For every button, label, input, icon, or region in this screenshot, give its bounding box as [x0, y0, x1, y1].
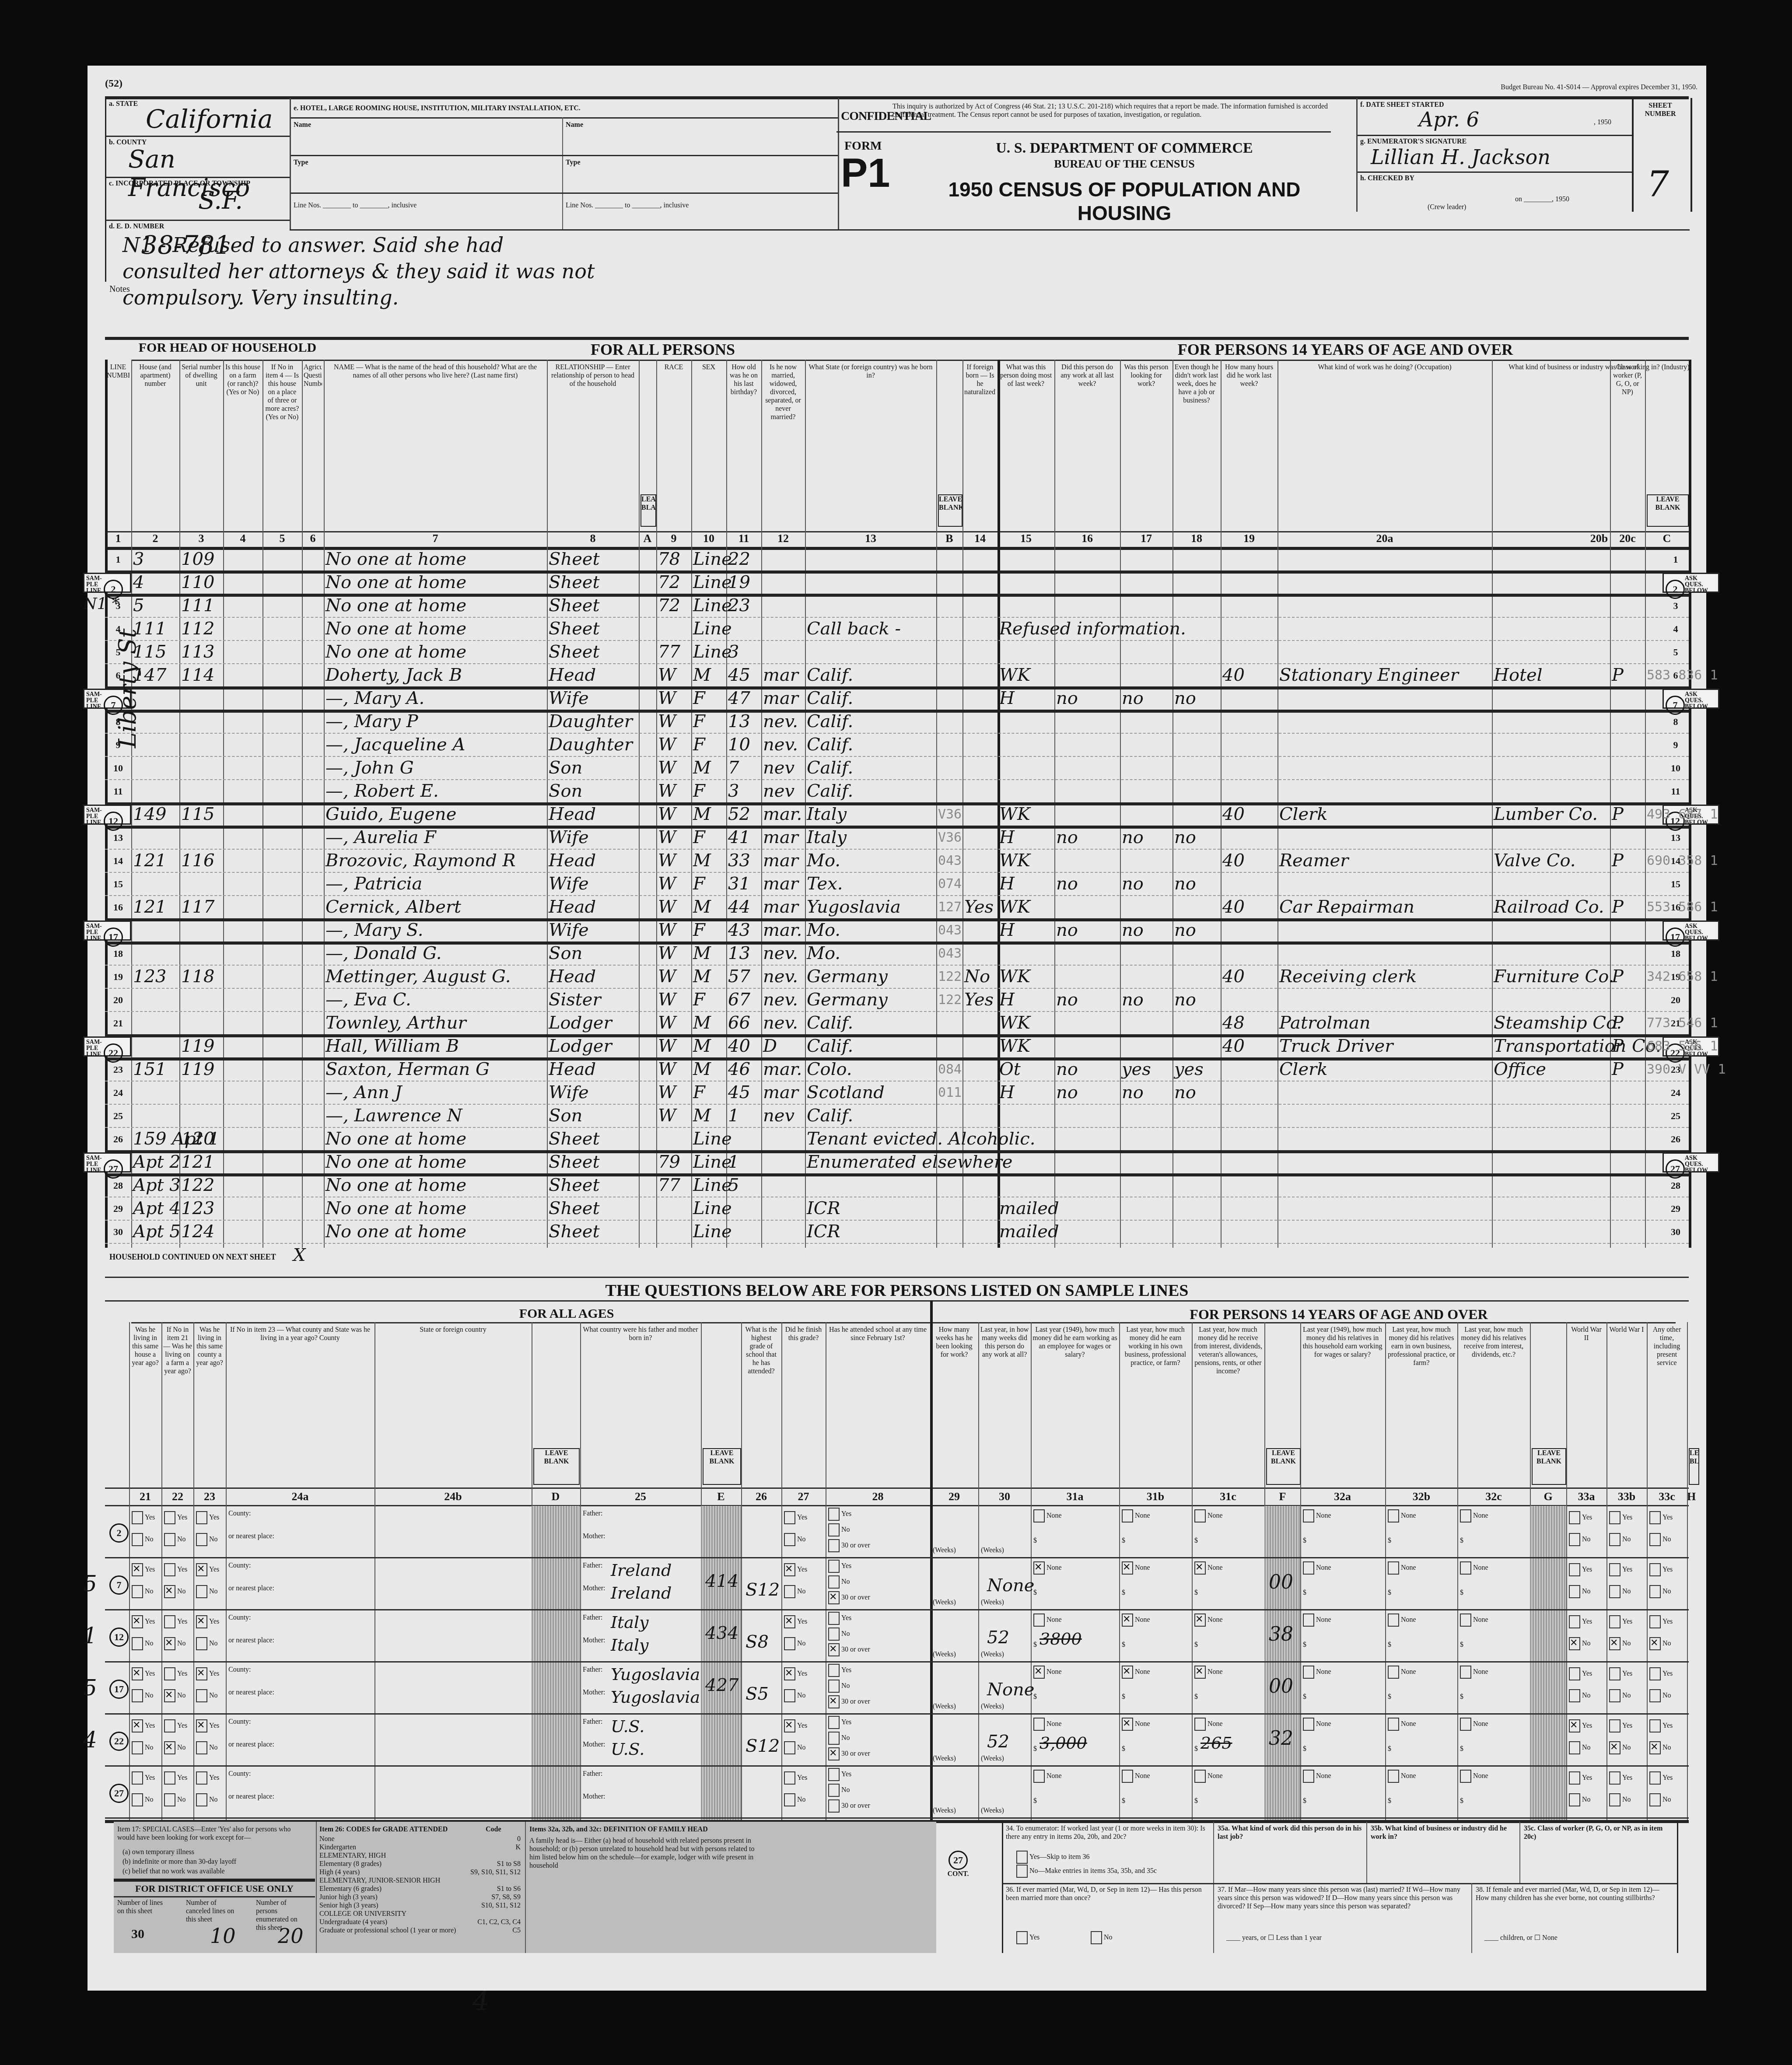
checkbox-c33b-no[interactable]: No: [1609, 1793, 1631, 1806]
checkbox[interactable]: [1303, 1613, 1314, 1627]
checkbox-c31b-none[interactable]: None: [1122, 1770, 1150, 1783]
checkbox[interactable]: [196, 1511, 207, 1524]
checkbox-c33b-yes[interactable]: Yes: [1609, 1563, 1632, 1576]
checkbox[interactable]: [196, 1771, 207, 1785]
checkbox-c23-no[interactable]: No: [196, 1741, 218, 1754]
dollar-sign: $: [1303, 1536, 1306, 1545]
checkbox[interactable]: [1303, 1509, 1314, 1522]
checkbox[interactable]: [1388, 1770, 1399, 1783]
checkbox[interactable]: [828, 1732, 840, 1745]
checkbox-school-thirty[interactable]: 30 or over: [828, 1539, 870, 1552]
checkbox[interactable]: [132, 1533, 143, 1546]
checkbox[interactable]: [828, 1784, 840, 1797]
checkbox-c22-no[interactable]: ✕No: [164, 1741, 186, 1754]
checkbox-finished-no[interactable]: No: [784, 1689, 806, 1702]
income-c31a: 3,000: [1039, 1733, 1087, 1753]
checkbox-c31a-none[interactable]: None: [1033, 1718, 1062, 1731]
checkbox-c31c-none[interactable]: ✕None: [1194, 1666, 1223, 1679]
checkbox[interactable]: ✕: [784, 1719, 795, 1732]
checkbox-relatives-income-none[interactable]: None: [1303, 1509, 1331, 1522]
checkbox[interactable]: ✕: [1649, 1741, 1661, 1754]
checkbox[interactable]: ✕: [1569, 1719, 1580, 1732]
checkbox[interactable]: [1649, 1563, 1661, 1576]
checkbox[interactable]: [164, 1511, 175, 1524]
checkbox[interactable]: ✕: [1569, 1637, 1580, 1650]
checkbox[interactable]: ✕: [196, 1563, 207, 1576]
checkbox[interactable]: [1569, 1615, 1580, 1628]
checkbox[interactable]: ✕: [196, 1615, 207, 1628]
checkbox-c33a-yes[interactable]: Yes: [1569, 1511, 1592, 1524]
q36-no-option[interactable]: No: [1091, 1931, 1113, 1944]
checkbox[interactable]: [132, 1585, 143, 1598]
checkbox-c23-yes[interactable]: ✕Yes: [196, 1615, 219, 1628]
checkbox[interactable]: [1303, 1561, 1314, 1575]
checkbox[interactable]: ✕: [1033, 1666, 1045, 1679]
checkbox-c21-no[interactable]: No: [132, 1689, 154, 1702]
checkbox-c31b-none[interactable]: ✕None: [1122, 1561, 1150, 1575]
checkbox[interactable]: [132, 1793, 143, 1806]
checkbox[interactable]: [828, 1523, 840, 1536]
checkbox-finished-yes[interactable]: ✕Yes: [784, 1667, 807, 1680]
checkbox[interactable]: [164, 1771, 175, 1785]
margin-count: 1: [83, 1623, 97, 1648]
checkbox[interactable]: ✕: [132, 1719, 143, 1732]
checkbox-c31a-none[interactable]: None: [1033, 1770, 1062, 1783]
checkbox-c22-yes[interactable]: Yes: [164, 1563, 187, 1576]
checkbox[interactable]: [1609, 1533, 1620, 1546]
checkbox[interactable]: [1388, 1509, 1399, 1522]
checkbox-c23-no[interactable]: No: [196, 1637, 218, 1650]
checkbox[interactable]: [828, 1508, 840, 1521]
cell-c18: [1174, 1151, 1222, 1174]
checkbox-c33a-yes[interactable]: Yes: [1569, 1615, 1592, 1628]
checkbox[interactable]: ✕: [132, 1667, 143, 1680]
checkbox-school-no[interactable]: No: [828, 1680, 850, 1693]
checkbox-school-yes[interactable]: Yes: [828, 1560, 851, 1573]
checkbox[interactable]: [1569, 1585, 1580, 1598]
checkbox-finished-no[interactable]: No: [784, 1585, 806, 1598]
checkbox[interactable]: [1033, 1718, 1045, 1731]
checkbox-c31c-none[interactable]: None: [1194, 1509, 1223, 1522]
checkbox-school-no[interactable]: No: [828, 1784, 850, 1797]
checkbox[interactable]: [1609, 1689, 1620, 1702]
checkbox-c33b-no[interactable]: No: [1609, 1689, 1631, 1702]
checkbox[interactable]: [784, 1793, 795, 1806]
checkbox-c33c-yes[interactable]: Yes: [1649, 1615, 1673, 1628]
checkbox[interactable]: [1649, 1771, 1661, 1785]
checkbox[interactable]: ✕: [1194, 1666, 1206, 1679]
checkbox-finished-yes[interactable]: ✕Yes: [784, 1563, 807, 1576]
checkbox[interactable]: ✕: [132, 1563, 143, 1576]
checkbox[interactable]: [196, 1585, 207, 1598]
checkbox[interactable]: [1569, 1689, 1580, 1702]
checkbox[interactable]: ✕: [1122, 1718, 1133, 1731]
column-number-12: 12: [761, 532, 805, 545]
checkbox-c21-yes[interactable]: ✕Yes: [132, 1667, 155, 1680]
checkbox-c33b-yes[interactable]: Yes: [1609, 1615, 1632, 1628]
checkbox-c33c-yes[interactable]: Yes: [1649, 1563, 1673, 1576]
checkbox-c21-yes[interactable]: ✕Yes: [132, 1563, 155, 1576]
checkbox[interactable]: ✕: [1609, 1637, 1620, 1650]
checkbox[interactable]: [1303, 1666, 1314, 1679]
checkbox[interactable]: [1609, 1667, 1620, 1680]
checkbox-c22-yes[interactable]: Yes: [164, 1615, 187, 1628]
checkbox-c31a-none[interactable]: None: [1033, 1509, 1062, 1522]
checkbox-c33b-no[interactable]: ✕No: [1609, 1637, 1631, 1650]
checkbox-relatives-income-none[interactable]: None: [1388, 1509, 1416, 1522]
checkbox-c31b-none[interactable]: ✕None: [1122, 1718, 1150, 1731]
checkbox-relatives-income-none[interactable]: None: [1460, 1509, 1488, 1522]
checkbox[interactable]: ✕: [1649, 1637, 1661, 1650]
checkbox[interactable]: [784, 1533, 795, 1546]
checkbox[interactable]: [1569, 1533, 1580, 1546]
checkbox-relatives-income-none[interactable]: None: [1303, 1770, 1331, 1783]
checkbox[interactable]: [1460, 1561, 1471, 1575]
checkbox[interactable]: [828, 1560, 840, 1573]
checkbox-c21-no[interactable]: No: [132, 1637, 154, 1650]
checkbox[interactable]: ✕: [784, 1667, 795, 1680]
checkbox-c33c-yes[interactable]: Yes: [1649, 1667, 1673, 1680]
checkbox[interactable]: ✕: [1033, 1561, 1045, 1575]
checkbox-relatives-income-none[interactable]: None: [1460, 1718, 1488, 1731]
checkbox[interactable]: [828, 1680, 840, 1693]
checkbox[interactable]: [164, 1615, 175, 1628]
cell-c15: [999, 756, 1056, 780]
q36-yes-option[interactable]: Yes: [1016, 1931, 1039, 1944]
checkbox[interactable]: [1649, 1793, 1661, 1806]
checkbox-c33c-no[interactable]: ✕No: [1649, 1637, 1671, 1650]
checkbox-c23-yes[interactable]: ✕Yes: [196, 1719, 219, 1732]
checkbox[interactable]: [1569, 1741, 1580, 1754]
checkbox[interactable]: [1609, 1771, 1620, 1785]
checkbox-c22-no[interactable]: ✕No: [164, 1637, 186, 1650]
checkbox-c33c-no[interactable]: No: [1649, 1533, 1671, 1546]
checkbox-school-thirty[interactable]: ✕30 or over: [828, 1747, 870, 1760]
checkbox-school-thirty[interactable]: ✕30 or over: [828, 1643, 870, 1656]
checkbox[interactable]: [132, 1771, 143, 1785]
q34-no-option[interactable]: No—Make entries in items 35a, 35b, and 3…: [1016, 1865, 1157, 1878]
checkbox[interactable]: ✕: [828, 1591, 840, 1604]
checkbox[interactable]: ✕: [1122, 1613, 1133, 1627]
cell-c15: WK: [999, 896, 1056, 919]
checkbox[interactable]: [1569, 1511, 1580, 1524]
checkbox-school-yes[interactable]: Yes: [828, 1664, 851, 1677]
checkbox[interactable]: [784, 1637, 795, 1650]
checkbox[interactable]: [1460, 1770, 1471, 1783]
checkbox-c21-no[interactable]: No: [132, 1533, 154, 1546]
checkbox[interactable]: ✕: [828, 1747, 840, 1760]
checkbox[interactable]: [1609, 1615, 1620, 1628]
checkbox[interactable]: [1569, 1667, 1580, 1680]
checkbox-school-no[interactable]: No: [828, 1523, 850, 1536]
checkbox-c31b-none[interactable]: ✕None: [1122, 1666, 1150, 1679]
checkbox[interactable]: ✕: [164, 1689, 175, 1702]
checkbox-c21-no[interactable]: No: [132, 1741, 154, 1754]
checkbox-c33a-yes[interactable]: Yes: [1569, 1563, 1592, 1576]
checkbox[interactable]: [1091, 1931, 1102, 1944]
checkbox-c23-no[interactable]: No: [196, 1585, 218, 1598]
checkbox-c33c-no[interactable]: ✕No: [1649, 1741, 1671, 1754]
checkbox-school-yes[interactable]: Yes: [828, 1508, 851, 1521]
checkbox-c33a-no[interactable]: No: [1569, 1793, 1591, 1806]
checkbox-c33a-no[interactable]: ✕No: [1569, 1637, 1591, 1650]
checkbox-c21-yes[interactable]: Yes: [132, 1771, 155, 1785]
checkbox-c33a-no[interactable]: No: [1569, 1585, 1591, 1598]
checkbox-c33b-yes[interactable]: Yes: [1609, 1511, 1632, 1524]
checkbox[interactable]: [828, 1539, 840, 1552]
checkbox[interactable]: [1016, 1851, 1028, 1864]
checkbox-c33c-yes[interactable]: Yes: [1649, 1719, 1673, 1732]
checkbox[interactable]: ✕: [164, 1741, 175, 1754]
checkbox-c33a-no[interactable]: No: [1569, 1533, 1591, 1546]
checkbox-finished-yes[interactable]: ✕Yes: [784, 1615, 807, 1628]
checkbox[interactable]: [196, 1793, 207, 1806]
checkbox[interactable]: [196, 1689, 207, 1702]
checkbox[interactable]: [1194, 1718, 1206, 1731]
checkbox[interactable]: [1649, 1533, 1661, 1546]
checkbox-c33b-no[interactable]: No: [1609, 1585, 1631, 1598]
checkbox-school-no[interactable]: No: [828, 1575, 850, 1589]
checkbox[interactable]: [1609, 1563, 1620, 1576]
checkbox-c23-yes[interactable]: Yes: [196, 1511, 219, 1524]
checkbox-relatives-income-none[interactable]: None: [1303, 1718, 1331, 1731]
checkbox[interactable]: [1194, 1770, 1206, 1783]
checkbox[interactable]: [1122, 1770, 1133, 1783]
checkbox-c31c-none[interactable]: ✕None: [1194, 1561, 1223, 1575]
checkbox-c33c-no[interactable]: No: [1649, 1793, 1671, 1806]
checkbox-c22-no[interactable]: ✕No: [164, 1689, 186, 1702]
checkbox-relatives-income-none[interactable]: None: [1460, 1770, 1488, 1783]
checkbox[interactable]: [784, 1585, 795, 1598]
checkbox[interactable]: [132, 1741, 143, 1754]
checkbox-c31c-none[interactable]: None: [1194, 1718, 1223, 1731]
checkbox-c23-yes[interactable]: ✕Yes: [196, 1563, 219, 1576]
checkbox[interactable]: [828, 1716, 840, 1729]
checkbox[interactable]: [828, 1627, 840, 1641]
cell-nat: [964, 664, 999, 687]
checkbox-c33c-no[interactable]: No: [1649, 1689, 1671, 1702]
checkbox-c21-yes[interactable]: Yes: [132, 1511, 155, 1524]
checkbox[interactable]: [1122, 1509, 1133, 1522]
checkbox[interactable]: [828, 1575, 840, 1589]
checkbox-relatives-income-none[interactable]: None: [1303, 1613, 1331, 1627]
checkbox[interactable]: [1033, 1770, 1045, 1783]
dollar-sign: $: [1460, 1589, 1463, 1597]
checkbox-c22-no[interactable]: ✕No: [164, 1585, 186, 1598]
checkbox-c23-no[interactable]: No: [196, 1533, 218, 1546]
checkbox[interactable]: [1460, 1613, 1471, 1627]
checkbox-c33c-no[interactable]: No: [1649, 1585, 1671, 1598]
checkbox-c31a-none[interactable]: None: [1033, 1613, 1062, 1627]
checkbox[interactable]: [1649, 1689, 1661, 1702]
checkbox-c33a-no[interactable]: No: [1569, 1741, 1591, 1754]
checkbox[interactable]: [828, 1664, 840, 1677]
checkbox-c33b-no[interactable]: ✕No: [1609, 1741, 1631, 1754]
section-head-of-household: FOR HEAD OF HOUSEHOLD: [131, 340, 324, 355]
checkbox-finished-no[interactable]: No: [784, 1637, 806, 1650]
checkbox[interactable]: [784, 1511, 795, 1524]
checkbox[interactable]: [164, 1563, 175, 1576]
checkbox-c23-no[interactable]: No: [196, 1793, 218, 1806]
checkbox[interactable]: ✕: [828, 1643, 840, 1656]
checkbox[interactable]: [1649, 1511, 1661, 1524]
checkbox[interactable]: ✕: [1122, 1561, 1133, 1575]
checkbox[interactable]: ✕: [1194, 1613, 1206, 1627]
cell-hrs: [1222, 687, 1279, 710]
checkbox[interactable]: ✕: [784, 1563, 795, 1576]
checkbox-c21-yes[interactable]: ✕Yes: [132, 1615, 155, 1628]
checkbox[interactable]: [1569, 1793, 1580, 1806]
checkbox-c33b-yes[interactable]: Yes: [1609, 1719, 1632, 1732]
checkbox-c22-no[interactable]: No: [164, 1533, 186, 1546]
cell-born: Tenant evicted. Alcoholic.: [807, 1127, 938, 1151]
checkbox-c33b-no[interactable]: No: [1609, 1533, 1631, 1546]
checkbox-relatives-income-none[interactable]: None: [1388, 1666, 1416, 1679]
checkbox[interactable]: ✕: [164, 1637, 175, 1650]
checkbox[interactable]: ✕: [196, 1719, 207, 1732]
checkbox[interactable]: [1033, 1509, 1045, 1522]
checkbox[interactable]: [132, 1511, 143, 1524]
checkbox[interactable]: [164, 1719, 175, 1732]
checkbox-c31c-none[interactable]: ✕None: [1194, 1613, 1223, 1627]
checkbox[interactable]: ✕: [1194, 1561, 1206, 1575]
checkbox-relatives-income-none[interactable]: None: [1303, 1561, 1331, 1575]
checkbox[interactable]: ✕: [132, 1615, 143, 1628]
q34-yes-option[interactable]: Yes—Skip to item 36: [1016, 1851, 1090, 1864]
mother-label: Mother:: [583, 1636, 605, 1645]
checkbox[interactable]: [1016, 1865, 1028, 1878]
checkbox-c31b-none[interactable]: ✕None: [1122, 1613, 1150, 1627]
checkbox-finished-yes[interactable]: ✕Yes: [784, 1719, 807, 1732]
checkbox[interactable]: [1609, 1793, 1620, 1806]
checkbox[interactable]: [196, 1741, 207, 1754]
checkbox[interactable]: [1460, 1509, 1471, 1522]
checkbox-c23-no[interactable]: No: [196, 1689, 218, 1702]
checkbox-c22-yes[interactable]: Yes: [164, 1667, 187, 1680]
checkbox[interactable]: [1033, 1613, 1045, 1627]
checkbox-c31a-none[interactable]: ✕None: [1033, 1666, 1062, 1679]
checkbox[interactable]: [1609, 1511, 1620, 1524]
checkbox-school-yes[interactable]: Yes: [828, 1612, 851, 1625]
checkbox[interactable]: ✕: [164, 1585, 175, 1598]
checkbox[interactable]: [1194, 1509, 1206, 1522]
checkbox[interactable]: [828, 1799, 840, 1813]
checkbox-relatives-income-none[interactable]: None: [1460, 1666, 1488, 1679]
checkbox-relatives-income-none[interactable]: None: [1388, 1718, 1416, 1731]
checkbox[interactable]: ✕: [1122, 1666, 1133, 1679]
checkbox-c21-yes[interactable]: ✕Yes: [132, 1719, 155, 1732]
checkbox-finished-no[interactable]: No: [784, 1741, 806, 1754]
checkbox[interactable]: [1388, 1666, 1399, 1679]
checkbox-c22-no[interactable]: No: [164, 1793, 186, 1806]
checkbox[interactable]: [196, 1533, 207, 1546]
checkbox[interactable]: [1460, 1666, 1471, 1679]
checkbox-finished-no[interactable]: No: [784, 1533, 806, 1546]
checkbox-school-thirty[interactable]: ✕30 or over: [828, 1591, 870, 1604]
checkbox-c31c-none[interactable]: None: [1194, 1770, 1223, 1783]
checkbox-finished-yes[interactable]: Yes: [784, 1511, 807, 1524]
checkbox[interactable]: [828, 1612, 840, 1625]
checkbox[interactable]: ✕: [828, 1695, 840, 1708]
checkbox[interactable]: [1649, 1585, 1661, 1598]
cell-age: 45: [728, 664, 763, 687]
checkbox[interactable]: [1649, 1719, 1661, 1732]
cell-cls: P: [1612, 803, 1647, 826]
checkbox[interactable]: [784, 1771, 795, 1785]
checkbox-relatives-income-none[interactable]: None: [1388, 1770, 1416, 1783]
checkbox[interactable]: [1388, 1561, 1399, 1575]
checkbox-school-no[interactable]: No: [828, 1732, 850, 1745]
checkbox[interactable]: [1303, 1718, 1314, 1731]
checkbox[interactable]: [1569, 1563, 1580, 1576]
checkbox[interactable]: [1388, 1718, 1399, 1731]
checkbox[interactable]: ✕: [196, 1667, 207, 1680]
checkbox-finished-no[interactable]: No: [784, 1793, 806, 1806]
checkbox[interactable]: ✕: [784, 1615, 795, 1628]
checkbox-c21-no[interactable]: No: [132, 1793, 154, 1806]
checkbox-c22-yes[interactable]: Yes: [164, 1771, 187, 1785]
checkbox-school-thirty[interactable]: ✕30 or over: [828, 1695, 870, 1708]
checkbox[interactable]: [1388, 1613, 1399, 1627]
checkbox-c33c-yes[interactable]: Yes: [1649, 1511, 1673, 1524]
checkbox-school-thirty[interactable]: 30 or over: [828, 1799, 870, 1813]
checkbox[interactable]: [1649, 1667, 1661, 1680]
checkbox[interactable]: [784, 1741, 795, 1754]
checkbox-c31b-none[interactable]: None: [1122, 1509, 1150, 1522]
checkbox-c33b-yes[interactable]: Yes: [1609, 1667, 1632, 1680]
checkbox-c21-no[interactable]: No: [132, 1585, 154, 1598]
checkbox[interactable]: [132, 1637, 143, 1650]
checkbox[interactable]: [1649, 1615, 1661, 1628]
checkbox[interactable]: [828, 1768, 840, 1781]
checkbox-school-yes[interactable]: Yes: [828, 1716, 851, 1729]
checkbox-relatives-income-none[interactable]: None: [1460, 1561, 1488, 1575]
checkbox[interactable]: [1609, 1585, 1620, 1598]
checkbox[interactable]: [1460, 1718, 1471, 1731]
cell-house: 121: [133, 849, 181, 872]
checkbox[interactable]: [1569, 1771, 1580, 1785]
checkbox-c33b-yes[interactable]: Yes: [1609, 1771, 1632, 1785]
checkbox[interactable]: [1609, 1719, 1620, 1732]
checkbox-relatives-income-none[interactable]: None: [1460, 1613, 1488, 1627]
checkbox[interactable]: [164, 1533, 175, 1546]
checkbox[interactable]: [1016, 1931, 1028, 1944]
checkbox[interactable]: [164, 1667, 175, 1680]
checkbox[interactable]: [196, 1637, 207, 1650]
checkbox-c23-yes[interactable]: ✕Yes: [196, 1667, 219, 1680]
checkbox[interactable]: [132, 1689, 143, 1702]
checkbox-relatives-income-none[interactable]: None: [1303, 1666, 1331, 1679]
checkbox-finished-yes[interactable]: Yes: [784, 1771, 807, 1785]
checkbox-c22-yes[interactable]: Yes: [164, 1719, 187, 1732]
checkbox-c23-yes[interactable]: Yes: [196, 1771, 219, 1785]
checkbox[interactable]: [784, 1689, 795, 1702]
checkbox-relatives-income-none[interactable]: None: [1388, 1613, 1416, 1627]
checkbox-school-yes[interactable]: Yes: [828, 1768, 851, 1781]
checkbox[interactable]: ✕: [1609, 1741, 1620, 1754]
checkbox[interactable]: [164, 1793, 175, 1806]
checkbox-c33c-yes[interactable]: Yes: [1649, 1771, 1673, 1785]
checkbox-relatives-income-none[interactable]: None: [1388, 1561, 1416, 1575]
checkbox-c33a-yes[interactable]: Yes: [1569, 1771, 1592, 1785]
checkbox[interactable]: [1303, 1770, 1314, 1783]
checkbox-c22-yes[interactable]: Yes: [164, 1511, 187, 1524]
checkbox-c33a-yes[interactable]: Yes: [1569, 1667, 1592, 1680]
checkbox-c33a-no[interactable]: No: [1569, 1689, 1591, 1702]
checkbox-c33a-yes[interactable]: ✕Yes: [1569, 1719, 1592, 1732]
checkbox-c31a-none[interactable]: ✕None: [1033, 1561, 1062, 1575]
checkbox-school-no[interactable]: No: [828, 1627, 850, 1641]
